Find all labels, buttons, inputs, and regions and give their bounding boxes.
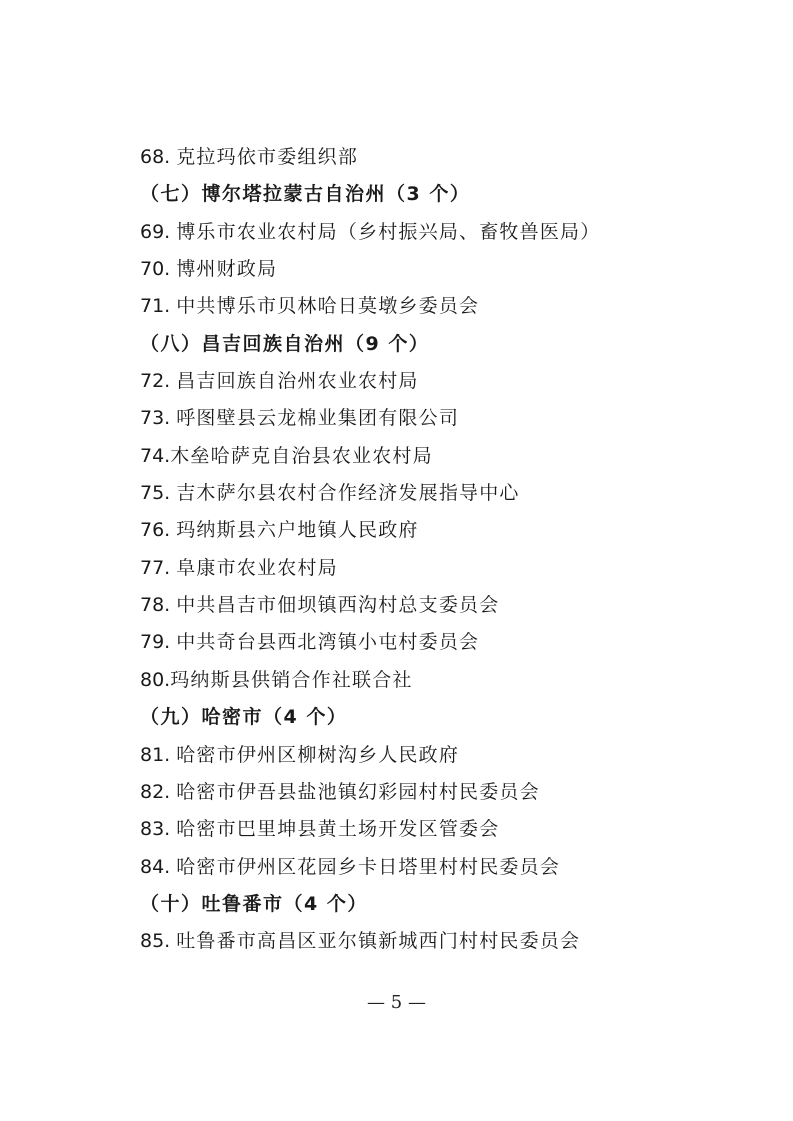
item-number: 69. xyxy=(140,221,170,243)
item-number: 74. xyxy=(140,445,170,467)
list-item: 76.玛纳斯县六户地镇人民政府 xyxy=(140,512,760,549)
item-text: 博州财政局 xyxy=(176,258,277,280)
item-number: 82. xyxy=(140,781,170,803)
item-text: 吉木萨尔县农村合作经济发展指导中心 xyxy=(176,482,519,504)
section-heading: （七）博尔塔拉蒙古自治州（3 个） xyxy=(140,176,760,213)
item-number: 68. xyxy=(140,146,170,168)
item-text: 吐鲁番市高昌区亚尔镇新城西门村村民委员会 xyxy=(176,930,580,952)
list-item: 75.吉木萨尔县农村合作经济发展指导中心 xyxy=(140,475,760,512)
list-item: 83.哈密市巴里坤县黄土场开发区管委会 xyxy=(140,811,760,848)
list-item: 74.木垒哈萨克自治县农业农村局 xyxy=(140,438,760,475)
item-number: 75. xyxy=(140,482,170,504)
item-number: 80. xyxy=(140,669,170,691)
section-heading: （八）昌吉回族自治州（9 个） xyxy=(140,326,760,363)
list-item: 69.博乐市农业农村局（乡村振兴局、畜牧兽医局） xyxy=(140,214,760,251)
item-text: 玛纳斯县六户地镇人民政府 xyxy=(176,519,418,541)
section-heading: （十）吐鲁番市（4 个） xyxy=(140,886,760,923)
list-item: 82.哈密市伊吾县盐池镇幻彩园村村民委员会 xyxy=(140,774,760,811)
item-number: 77. xyxy=(140,557,170,579)
organization-list: 68.克拉玛依市委组织部 （七）博尔塔拉蒙古自治州（3 个） 69.博乐市农业农… xyxy=(140,139,760,961)
item-number: 81. xyxy=(140,744,170,766)
item-number: 83. xyxy=(140,818,170,840)
item-number: 72. xyxy=(140,370,170,392)
item-text: 呼图壁县云龙棉业集团有限公司 xyxy=(176,407,459,429)
item-text: 中共博乐市贝林哈日莫墩乡委员会 xyxy=(176,295,479,317)
item-text: 木垒哈萨克自治县农业农村局 xyxy=(170,445,433,467)
item-text: 昌吉回族自治州农业农村局 xyxy=(176,370,418,392)
item-text: 哈密市巴里坤县黄土场开发区管委会 xyxy=(176,818,499,840)
list-item: 85.吐鲁番市高昌区亚尔镇新城西门村村民委员会 xyxy=(140,923,760,960)
document-page: 68.克拉玛依市委组织部 （七）博尔塔拉蒙古自治州（3 个） 69.博乐市农业农… xyxy=(0,0,793,1121)
list-item: 77.阜康市农业农村局 xyxy=(140,550,760,587)
list-item: 71.中共博乐市贝林哈日莫墩乡委员会 xyxy=(140,288,760,325)
item-text: 阜康市农业农村局 xyxy=(176,557,338,579)
item-text: 哈密市伊州区花园乡卡日塔里村村民委员会 xyxy=(176,856,560,878)
heading-text: （九）哈密市（4 个） xyxy=(140,706,347,728)
list-item: 72.昌吉回族自治州农业农村局 xyxy=(140,363,760,400)
item-number: 71. xyxy=(140,295,170,317)
item-number: 76. xyxy=(140,519,170,541)
list-item: 80.玛纳斯县供销合作社联合社 xyxy=(140,662,760,699)
item-text: 中共昌吉市佃坝镇西沟村总支委员会 xyxy=(176,594,499,616)
item-number: 84. xyxy=(140,856,170,878)
list-item: 70.博州财政局 xyxy=(140,251,760,288)
list-item: 79.中共奇台县西北湾镇小屯村委员会 xyxy=(140,624,760,661)
item-text: 博乐市农业农村局（乡村振兴局、畜牧兽医局） xyxy=(176,221,600,243)
list-item: 78.中共昌吉市佃坝镇西沟村总支委员会 xyxy=(140,587,760,624)
heading-text: （十）吐鲁番市（4 个） xyxy=(140,893,368,915)
item-number: 73. xyxy=(140,407,170,429)
list-item: 84.哈密市伊州区花园乡卡日塔里村村民委员会 xyxy=(140,849,760,886)
item-number: 70. xyxy=(140,258,170,280)
item-number: 85. xyxy=(140,930,170,952)
section-heading: （九）哈密市（4 个） xyxy=(140,699,760,736)
list-item: 73.呼图壁县云龙棉业集团有限公司 xyxy=(140,400,760,437)
item-number: 78. xyxy=(140,594,170,616)
item-text: 玛纳斯县供销合作社联合社 xyxy=(170,669,412,691)
heading-text: （七）博尔塔拉蒙古自治州（3 个） xyxy=(140,183,470,205)
item-text: 克拉玛依市委组织部 xyxy=(176,146,358,168)
item-text: 中共奇台县西北湾镇小屯村委员会 xyxy=(176,631,479,653)
page-number: — 5 — xyxy=(0,992,793,1013)
item-text: 哈密市伊州区柳树沟乡人民政府 xyxy=(176,744,459,766)
list-item: 68.克拉玛依市委组织部 xyxy=(140,139,760,176)
list-item: 81.哈密市伊州区柳树沟乡人民政府 xyxy=(140,737,760,774)
item-number: 79. xyxy=(140,631,170,653)
heading-text: （八）昌吉回族自治州（9 个） xyxy=(140,333,429,355)
item-text: 哈密市伊吾县盐池镇幻彩园村村民委员会 xyxy=(176,781,540,803)
